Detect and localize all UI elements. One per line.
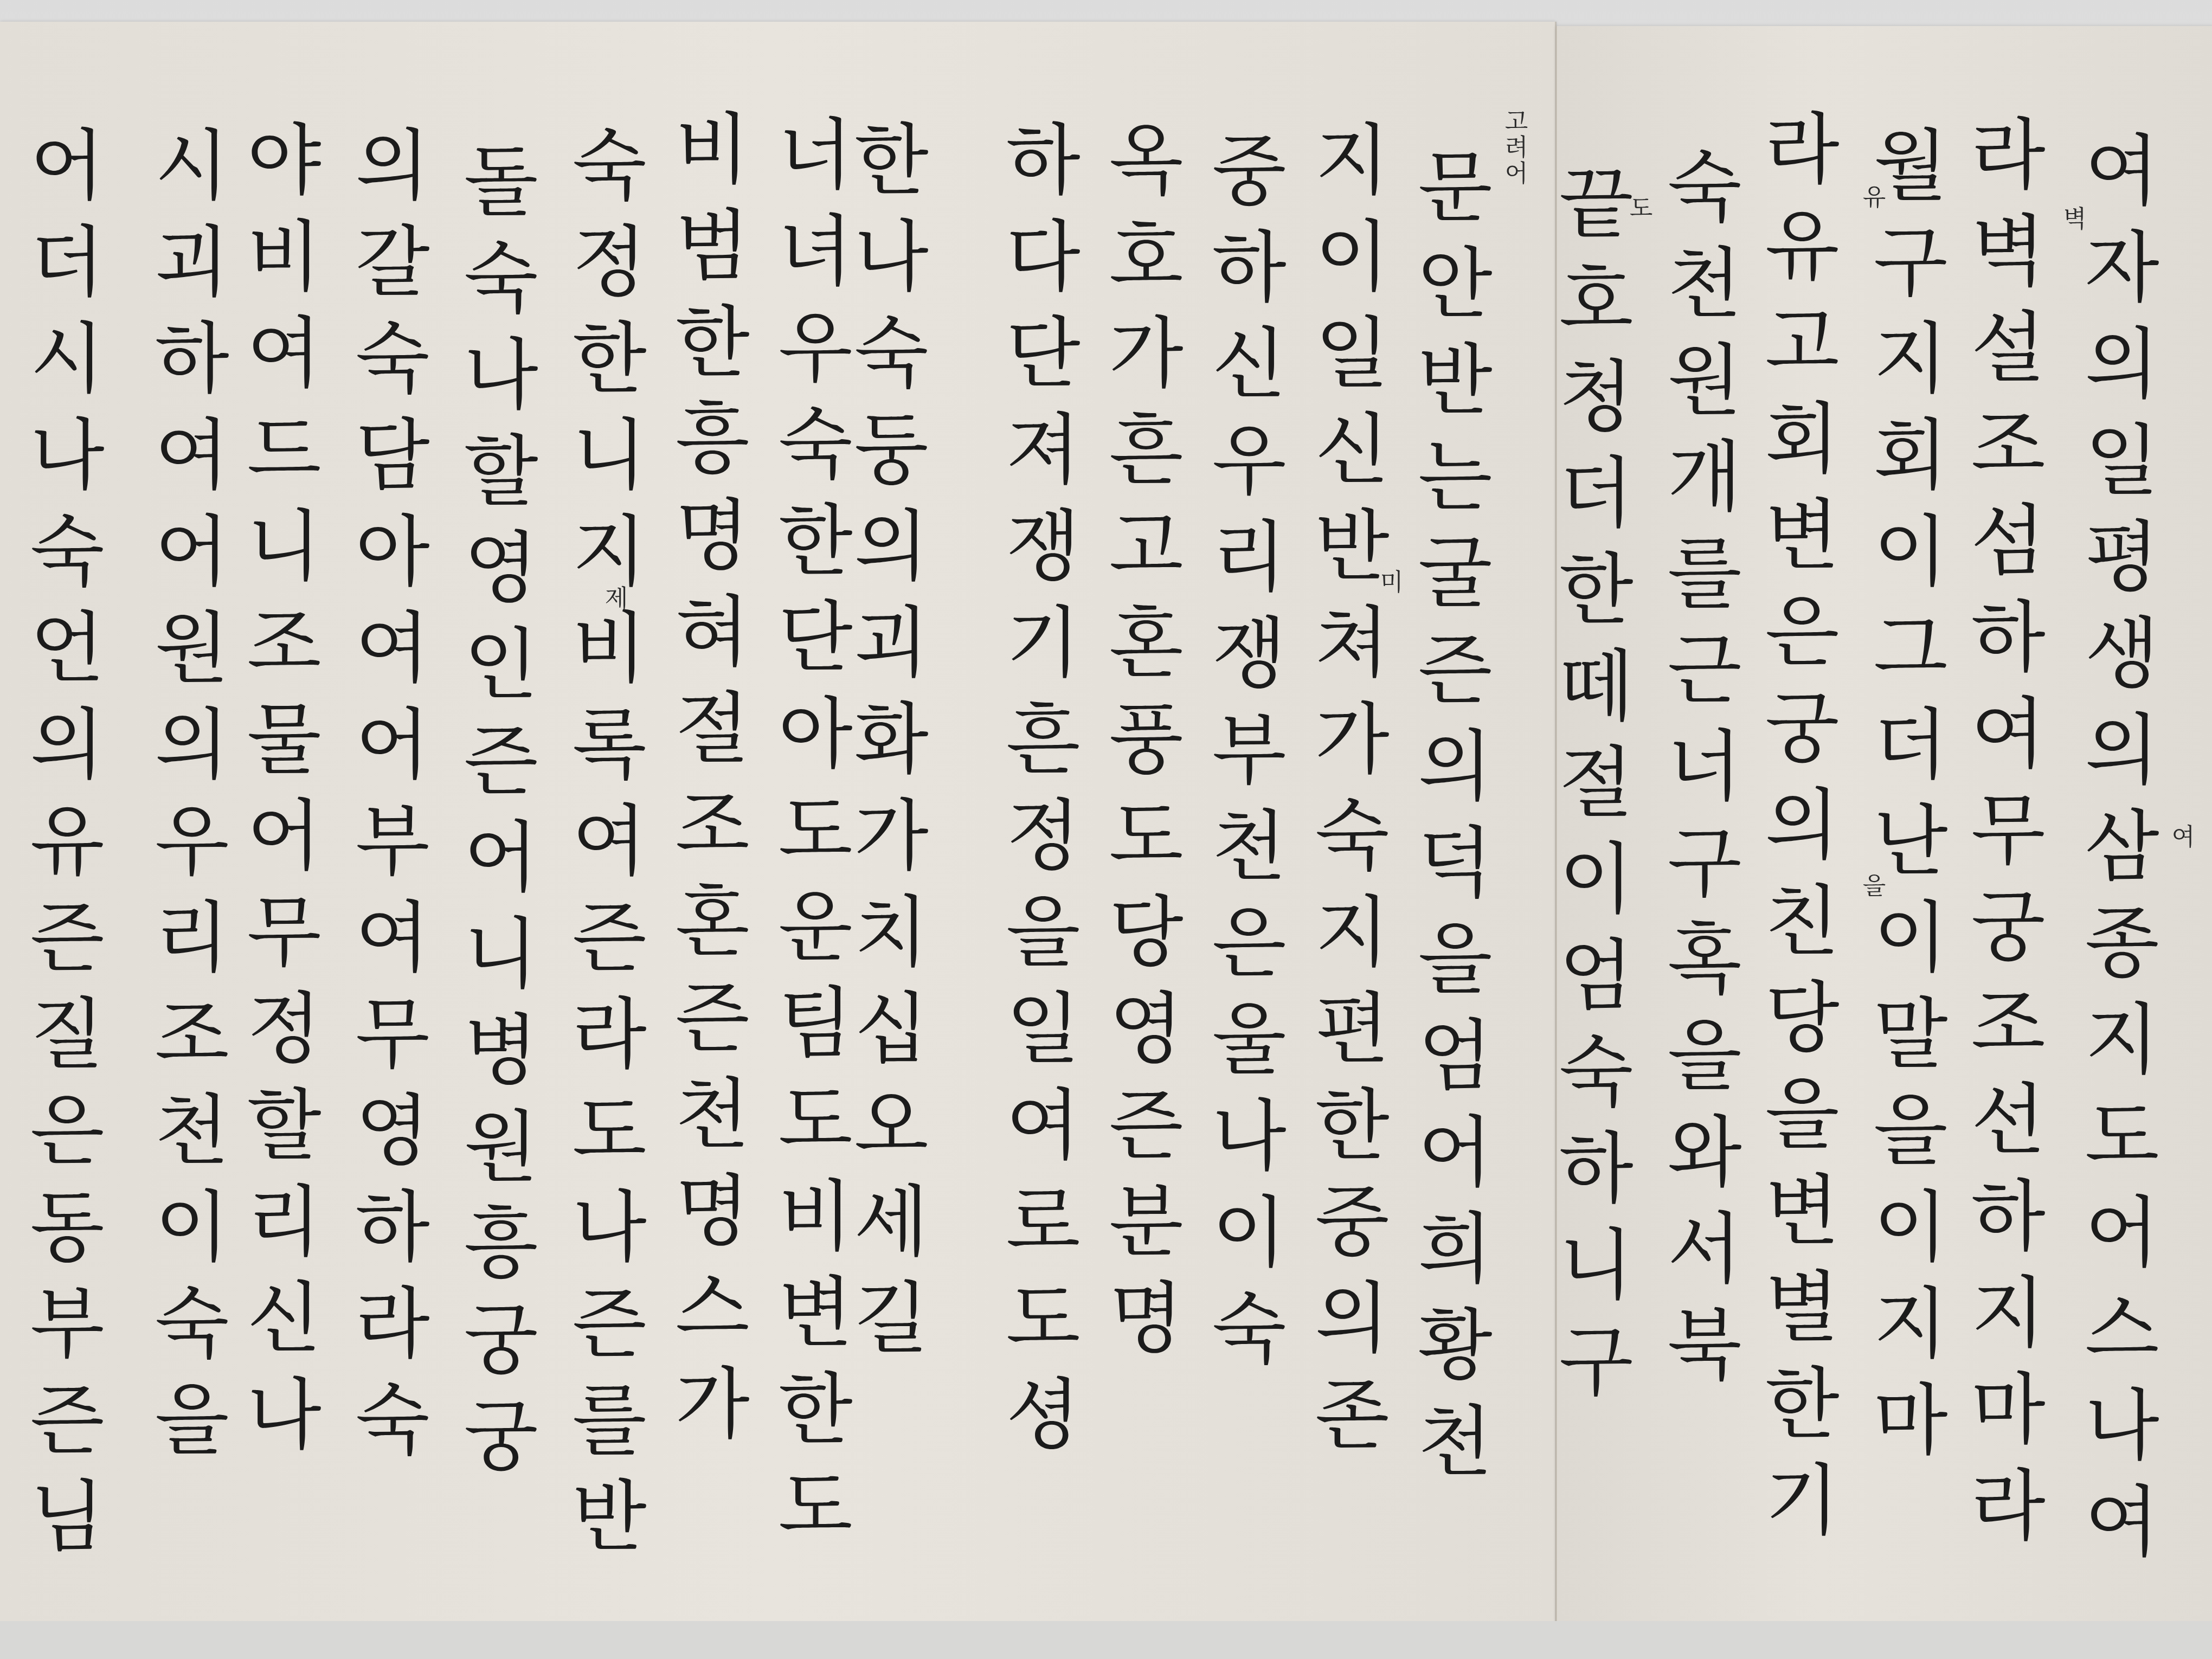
interlinear-note: 제 [596, 586, 631, 612]
interlinear-note: 미 [1372, 569, 1406, 595]
text-column: 끝호청더한떼절이엄숙하니구 [1551, 163, 1628, 1417]
text-column: 라유고회변은궁의친당을변별한기 [1757, 108, 1834, 1556]
text-column: 너녀우숙한단아도운팀도비변한도 [770, 114, 847, 1561]
text-column: 옥호가흔고혼풍도당영즌분명 [1101, 119, 1178, 1374]
bottom-mount-strip [0, 1621, 2212, 1659]
interlinear-note: 고려어 [1496, 108, 1531, 187]
text-column: 돌숙나할영인즌어니병원흥궁궁 [455, 141, 532, 1492]
text-column: 여자의일평생의삼종지도어스나여 [2076, 130, 2153, 1578]
text-column: 어더시나숙언의유즌질은동부즌님 [22, 125, 99, 1572]
text-column: 월구지회이그더난이말을이지마 [1865, 125, 1942, 1476]
interlinear-note: 유 [1854, 184, 1889, 210]
text-column: 숙정한니지비록여즌라도나즌를반 [564, 125, 641, 1572]
interlinear-note: 도 [1621, 195, 1656, 221]
text-column: 비범한흥명혀절조혼즌천명스가 [667, 108, 744, 1459]
text-column: 중하신우리쟁부천은울나이숙 [1204, 130, 1281, 1385]
text-column: 의갈숙담아여어부여무영하라숙 [347, 125, 424, 1476]
text-column: 숙천원개를근너구혹을와서북 [1659, 146, 1736, 1401]
text-column: 지이일신반쳐가숙지편한중의존 [1307, 119, 1384, 1470]
interlinear-note: 벽 [2055, 206, 2089, 232]
text-column: 문안반는굴즌의덕을엄어희황천 [1410, 146, 1487, 1497]
text-column: 시괴하여어원의우리조천이숙을 [146, 125, 223, 1476]
text-column: 라벽설조섬하여무궁조선하지마라 [1963, 114, 2040, 1561]
text-column: 한나숙둥의괴화가치십오세길 [846, 119, 923, 1374]
text-column: 야비여드니조물어무정할리신나 [239, 119, 316, 1470]
text-column: 하다단져쟁기흔정을일여로도셩 [998, 119, 1075, 1470]
interlinear-note: 여 [2163, 824, 2198, 850]
interlinear-note: 을 [1854, 873, 1889, 899]
